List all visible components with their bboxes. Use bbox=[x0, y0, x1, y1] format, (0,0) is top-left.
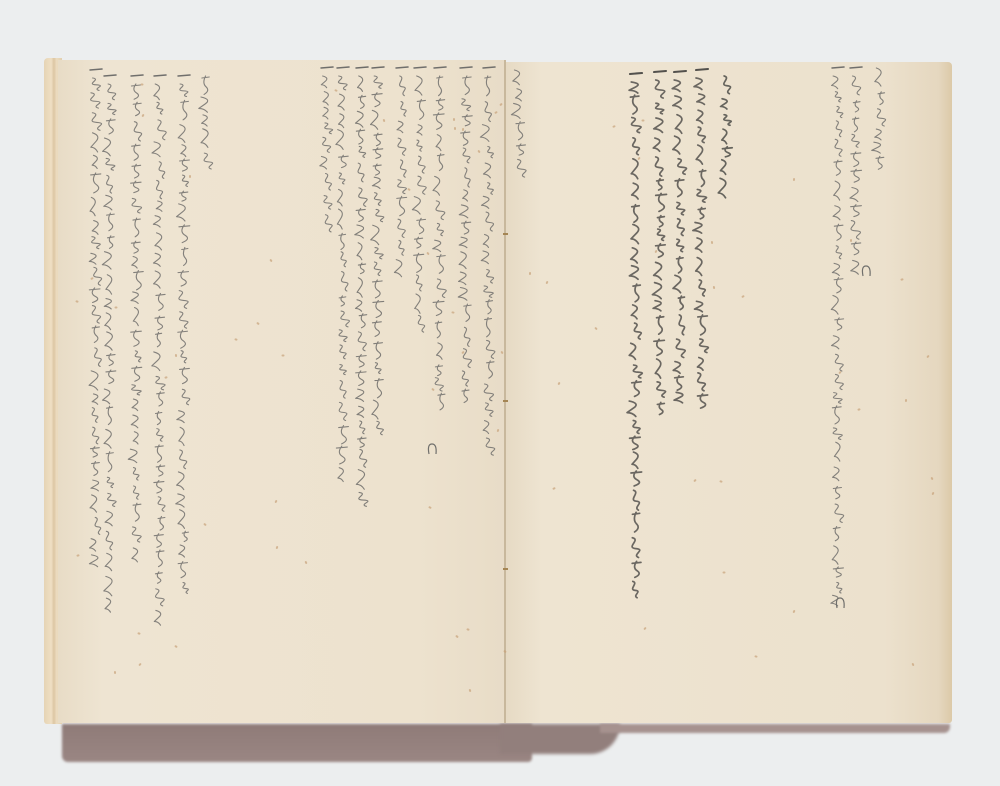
paper-fleck bbox=[462, 128, 464, 131]
stitch-mark bbox=[503, 568, 508, 570]
stitch-mark bbox=[503, 400, 508, 402]
paper-fleck bbox=[905, 399, 907, 402]
paper-fleck bbox=[282, 354, 285, 356]
paper-fleck bbox=[189, 175, 191, 178]
right-page bbox=[506, 62, 952, 723]
binding-gutter bbox=[504, 60, 506, 723]
book-shadow bbox=[62, 724, 532, 762]
paper-fleck bbox=[723, 571, 726, 573]
paper-fleck bbox=[113, 671, 115, 674]
paper-fleck bbox=[641, 119, 644, 121]
paper-fleck bbox=[529, 271, 531, 274]
paper-fleck bbox=[850, 239, 852, 242]
left-page bbox=[58, 60, 506, 723]
paper-fleck bbox=[454, 127, 456, 130]
paper-fleck bbox=[792, 178, 794, 181]
paper-fleck bbox=[720, 480, 723, 482]
paper-fleck bbox=[712, 286, 715, 289]
paper-fleck bbox=[468, 689, 471, 693]
book-shadow-right bbox=[600, 724, 950, 733]
notebook-photo: Open handwritten Japanese notebook (curs… bbox=[0, 0, 1000, 786]
stitch-mark bbox=[503, 233, 508, 235]
